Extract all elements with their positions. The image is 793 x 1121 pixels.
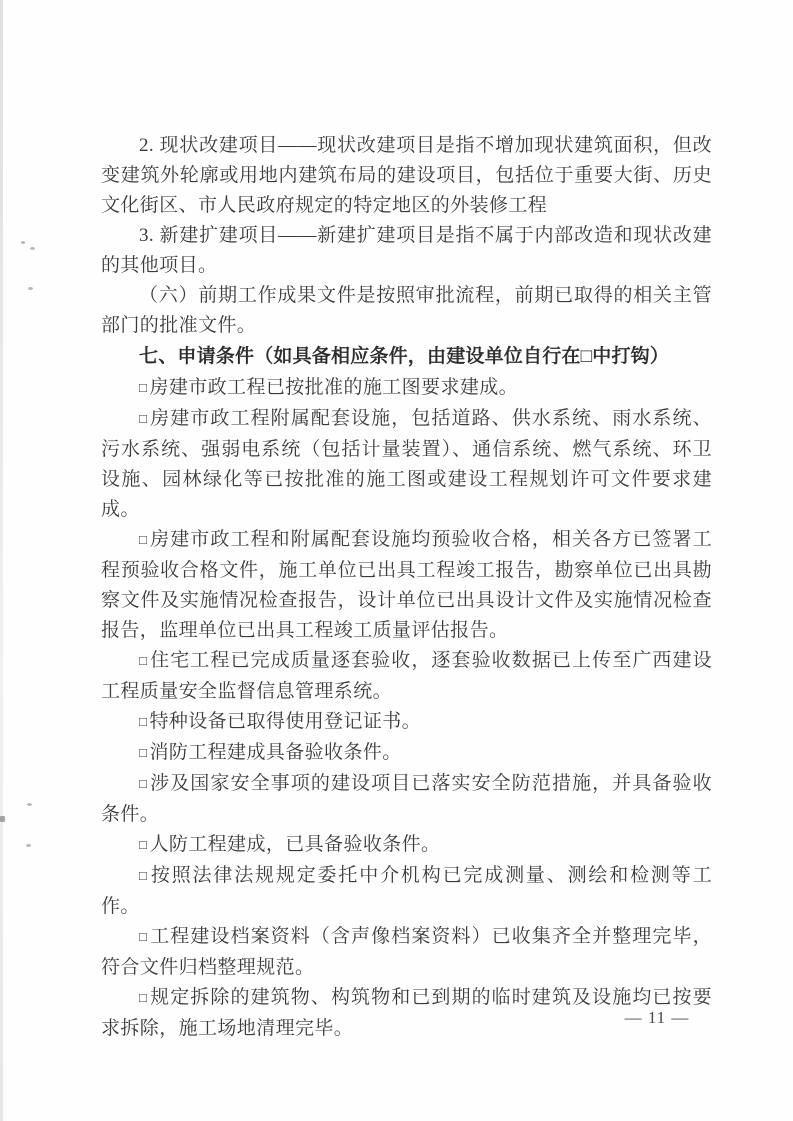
checklist-item-text: 人防工程建成，已具备验收条件。 xyxy=(149,834,440,855)
checklist-item-text: 房建市政工程附属配套设施，包括道路、供水系统、雨水系统、污水系统、强弱电系统（包… xyxy=(101,408,712,520)
scan-edge-shadow xyxy=(0,0,3,1121)
checkbox-icon: □ xyxy=(139,532,150,547)
scanned-document-page: 2. 现状改建项目——现状改建项目是指不增加现状建筑面积，但改变建筑外轮廓或用地… xyxy=(0,0,793,1121)
scan-speck xyxy=(26,844,31,847)
checkbox-icon: □ xyxy=(139,714,149,729)
document-body: 2. 现状改建项目——现状改建项目是指不增加现状建筑面积，但改变建筑外轮廓或用地… xyxy=(101,131,712,1044)
checklist-item-text: 房建市政工程已按批准的施工图要求建成。 xyxy=(149,377,518,398)
checkbox-icon: □ xyxy=(139,776,150,791)
scan-speck xyxy=(27,803,32,806)
checklist-item-civil-defense: □人防工程建成，已具备验收条件。 xyxy=(101,830,712,861)
checklist-item-surveying-testing: □按照法律法规规定委托中介机构已完成测量、测绘和检测等工作。 xyxy=(101,861,712,922)
scan-speck xyxy=(28,287,33,290)
checklist-item-construction-drawings: □房建市政工程已按批准的施工图要求建成。 xyxy=(101,373,712,404)
scan-speck xyxy=(21,241,25,244)
checklist-item-national-security: □涉及国家安全事项的建设项目已落实安全防范措施，并具备验收条件。 xyxy=(101,769,712,830)
checklist-item-text: 按照法律法规规定委托中介机构已完成测量、测绘和检测等工作。 xyxy=(101,865,712,917)
section-heading-application-conditions: 七、申请条件（如具备相应条件，由建设单位自行在□中打钩） xyxy=(101,342,712,372)
checkbox-icon: □ xyxy=(139,653,150,668)
checklist-item-text: 特种设备已取得使用登记证书。 xyxy=(149,711,421,732)
checklist-item-text: 住宅工程已完成质量逐套验收，逐套验收数据已上传至广西建设工程质量安全监督信息管理… xyxy=(101,650,712,702)
checklist-item-special-equipment: □特种设备已取得使用登记证书。 xyxy=(101,707,712,738)
checkbox-icon: □ xyxy=(139,380,149,395)
checkbox-icon: □ xyxy=(139,745,149,760)
checklist-item-text: 涉及国家安全事项的建设项目已落实安全防范措施，并具备验收条件。 xyxy=(101,773,712,825)
checklist-item-text: 消防工程建成具备验收条件。 xyxy=(149,742,401,763)
checklist-item-auxiliary-facilities: □房建市政工程附属配套设施，包括道路、供水系统、雨水系统、污水系统、强弱电系统（… xyxy=(101,404,712,525)
checkbox-icon: □ xyxy=(139,990,150,1005)
checkbox-icon: □ xyxy=(139,837,149,852)
checklist-item-text: 工程建设档案资料（含声像档案资料）已收集齐全并整理完毕，符合文件归档整理规范。 xyxy=(101,926,712,978)
checkbox-icon: □ xyxy=(139,868,151,883)
checkbox-icon: □ xyxy=(139,411,150,426)
checklist-item-text: 房建市政工程和附属配套设施均预验收合格，相关各方已签署工程预验收合格文件，施工单… xyxy=(101,529,712,641)
checkbox-icon: □ xyxy=(139,929,150,944)
scan-speck xyxy=(30,247,35,250)
paragraph-text: 3. 新建扩建项目——新建扩建项目是指不属于内部改造和现状改建的其他项目。 xyxy=(101,225,712,276)
paragraph-reno-project-def: 2. 现状改建项目——现状改建项目是指不增加现状建筑面积，但改变建筑外轮廓或用地… xyxy=(101,131,712,221)
scan-edge-mark xyxy=(0,816,5,822)
page-number: — 11 — xyxy=(602,1008,712,1028)
paragraph-text: （六）前期工作成果文件是按照审批流程，前期已取得的相关主管部门的批准文件。 xyxy=(101,285,712,336)
paragraph-preliminary-docs: （六）前期工作成果文件是按照审批流程，前期已取得的相关主管部门的批准文件。 xyxy=(101,281,712,341)
checklist-item-pre-acceptance: □房建市政工程和附属配套设施均预验收合格，相关各方已签署工程预验收合格文件，施工… xyxy=(101,525,712,646)
paragraph-newbuild-def: 3. 新建扩建项目——新建扩建项目是指不属于内部改造和现状改建的其他项目。 xyxy=(101,221,712,281)
checklist-item-archives: □工程建设档案资料（含声像档案资料）已收集齐全并整理完毕，符合文件归档整理规范。 xyxy=(101,922,712,983)
paragraph-text: 2. 现状改建项目——现状改建项目是指不增加现状建筑面积，但改变建筑外轮廓或用地… xyxy=(101,135,712,216)
checklist-item-fire-protection: □消防工程建成具备验收条件。 xyxy=(101,738,712,769)
checklist-item-residential-unit-acceptance: □住宅工程已完成质量逐套验收，逐套验收数据已上传至广西建设工程质量安全监督信息管… xyxy=(101,646,712,707)
